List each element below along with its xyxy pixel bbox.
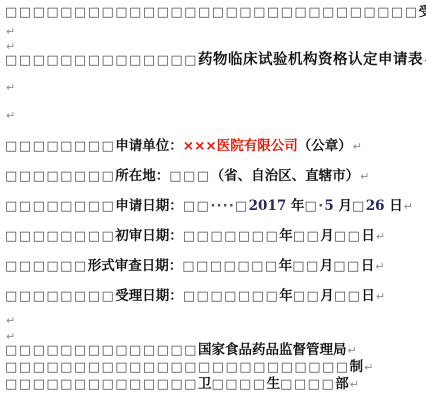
paragraph-mark-icon: ↵ xyxy=(6,109,15,122)
paragraph-mark-icon: ↵ xyxy=(360,170,369,183)
location-line: □□□□□□□□所在地：□□□（省、自治区、直辖市）↵ xyxy=(5,168,426,185)
application-year-value: 2017 xyxy=(249,198,287,214)
paragraph-mark-icon: ↵ xyxy=(6,25,15,38)
applicant-unit-line: □□□□□□□□申请单位：×××医院有限公司（公章）↵ xyxy=(5,138,426,155)
empty-paragraph: ↵ xyxy=(5,314,426,326)
paragraph-mark-icon: ↵ xyxy=(353,140,362,153)
application-date-line: □□□□□□□□申请日期：□□····□2017 年□·5 月□26 日↵ xyxy=(5,198,426,215)
document-title-line: □□□□□□□□□□□□□□药物临床试验机构资格认定申请表↵ xyxy=(5,52,426,69)
blank-square-placeholders: □□□□□□□□ xyxy=(5,229,115,244)
year-unit: 年 xyxy=(279,288,293,304)
formal-review-date-label: 形式审查日期： xyxy=(88,258,183,274)
paragraph-mark-icon: ↵ xyxy=(404,200,413,213)
ministry-char-bu: 部 xyxy=(335,376,349,392)
made-by-line: □□□□□□□□□□□□□□□□□□□□□□□□□制↵ xyxy=(5,359,426,376)
date-blank-squares: □□ xyxy=(293,289,321,304)
month-unit: 月 xyxy=(320,228,334,244)
issuing-authority-line: □□□□□□□□□□□□□□国家食品药品监督管理局↵ xyxy=(5,342,426,359)
document-title: 药物临床试验机构资格认定申请表 xyxy=(198,52,423,68)
date-blank-squares: □□□□□□□ xyxy=(183,289,279,304)
empty-paragraph: ↵ xyxy=(5,40,426,52)
acceptance-date-line: □□□□□□□□受理日期：□□□□□□□年□□月□□日↵ xyxy=(5,288,426,305)
blank-square-placeholders: □□□□□□□□□□□□□□ xyxy=(5,343,198,358)
date-blank-squares: □□□□□□□ xyxy=(183,229,279,244)
ministry-of-health-line: □□□□□□□□□□□□□□卫□□□□生□□□□部↵ xyxy=(5,376,426,393)
day-unit: 日 xyxy=(361,228,375,244)
empty-paragraph: ↵ xyxy=(5,81,426,93)
location-hint: （省、自治区、直辖市） xyxy=(211,168,360,184)
blank-square-placeholders: □□□□□□□□ xyxy=(5,139,115,154)
blank-square-placeholders: □□□□□□□□□□□□□□□□□□□□□□□□□ xyxy=(5,360,350,375)
month-unit: 月 xyxy=(320,258,334,274)
blank-square-placeholders: □□□□ xyxy=(280,377,335,392)
month-unit: 月 xyxy=(334,198,352,214)
acceptance-number-label: 受理编号： xyxy=(418,4,426,20)
year-unit: 年 xyxy=(286,198,304,214)
paragraph-mark-icon: ↵ xyxy=(376,290,385,303)
word-document-page: □□□□□□□□□□□□□□□□□□□□□□□□□□□□□□受理编号： ↵ ↵ … xyxy=(0,0,426,393)
blank-square-placeholders: □□□□□□□□□□□□□□ xyxy=(5,53,198,68)
date-blank-squares: □ xyxy=(235,199,249,214)
date-blank-squares: □ xyxy=(352,199,366,214)
blank-square-placeholders: □□□□□□□□□□□□□□□□□□□□□□□□□□□□□□ xyxy=(5,5,418,20)
blank-square-placeholders: □□□□ xyxy=(211,377,266,392)
year-unit: 年 xyxy=(279,258,293,274)
year-unit: 年 xyxy=(279,228,293,244)
official-seal-note: （公章） xyxy=(298,138,352,154)
date-blank-squares: □□ xyxy=(292,259,320,274)
made-by-character: 制 xyxy=(350,359,364,375)
day-unit: 日 xyxy=(361,258,375,274)
date-blank-squares: □□□□□□□ xyxy=(182,259,278,274)
issuing-authority-name: 国家食品药品监督管理局 xyxy=(198,342,347,358)
applicant-unit-label: 申请单位： xyxy=(115,138,183,154)
paragraph-mark-icon: ↵ xyxy=(6,81,15,94)
first-review-date-label: 初审日期： xyxy=(115,228,183,244)
ministry-char-sheng: 生 xyxy=(267,376,281,392)
blank-square-placeholders: □□□□□□□□ xyxy=(5,289,115,304)
day-unit: 日 xyxy=(385,198,403,214)
paragraph-mark-icon: ↵ xyxy=(6,314,15,327)
location-label: 所在地： xyxy=(115,168,169,184)
revision-dots: ···· xyxy=(210,198,235,214)
date-blank-squares: □□ xyxy=(334,229,362,244)
empty-paragraph: ↵ xyxy=(5,109,426,121)
blank-square-placeholders: □□□□□□□□□□□□□□ xyxy=(5,377,198,392)
date-blank-squares: □□ xyxy=(293,229,321,244)
date-blank-squares: □□ xyxy=(183,199,211,214)
day-unit: 日 xyxy=(361,288,375,304)
date-blank-squares: □□ xyxy=(333,259,361,274)
first-review-date-line: □□□□□□□□初审日期：□□□□□□□年□□月□□日↵ xyxy=(5,228,426,245)
date-blank-squares: □□ xyxy=(334,289,362,304)
empty-paragraph: ↵ xyxy=(5,25,426,37)
application-month-value: 5 xyxy=(324,198,333,214)
formal-review-date-line: □□□□□□形式审查日期：□□□□□□□年□□月□□日↵ xyxy=(5,258,426,275)
empty-paragraph: ↵ xyxy=(5,330,426,342)
location-blank-squares: □□□ xyxy=(169,169,210,184)
application-day-value: 26 xyxy=(366,198,385,214)
ministry-char-wei: 卫 xyxy=(198,376,212,392)
paragraph-mark-icon: ↵ xyxy=(375,260,384,273)
acceptance-number-line: □□□□□□□□□□□□□□□□□□□□□□□□□□□□□□受理编号： xyxy=(5,4,426,21)
paragraph-mark-icon: ↵ xyxy=(347,344,356,357)
application-date-label: 申请日期： xyxy=(115,198,183,214)
paragraph-mark-icon: ↵ xyxy=(350,378,359,391)
blank-square-placeholders: □□□□□□□□ xyxy=(5,199,115,214)
paragraph-mark-icon: ↵ xyxy=(376,230,385,243)
applicant-unit-value: ×××医院有限公司 xyxy=(183,138,298,154)
blank-square-placeholders: □□□□□□□□ xyxy=(5,169,115,184)
paragraph-mark-icon: ↵ xyxy=(364,361,373,374)
blank-square-placeholders: □□□□□□ xyxy=(5,259,88,274)
date-blank-squares: □ xyxy=(304,199,318,214)
month-unit: 月 xyxy=(320,288,334,304)
acceptance-date-label: 受理日期： xyxy=(115,288,183,304)
